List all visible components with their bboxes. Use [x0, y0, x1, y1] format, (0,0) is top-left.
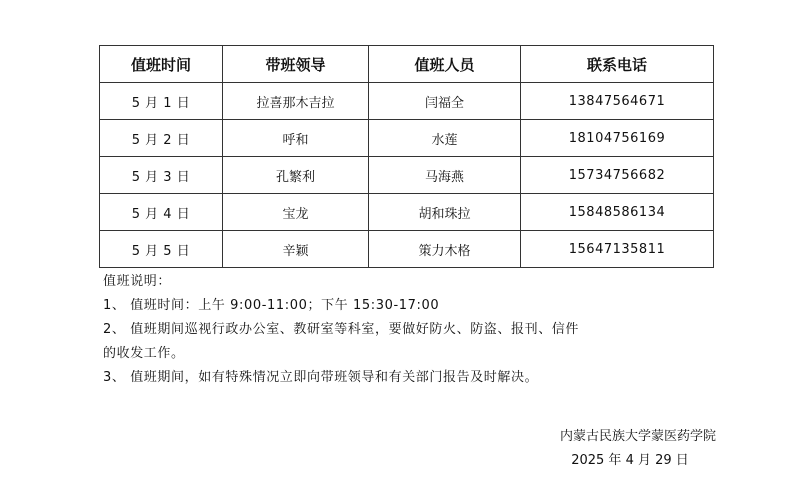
notes-title: 值班说明：	[103, 270, 723, 294]
note-item: 2、 值班期间巡视行政办公室、教研室等科室，要做好防火、防盗、报刊、信件	[103, 318, 723, 342]
header-duty-time: 值班时间	[100, 46, 223, 83]
cell-phone: 18104756169	[521, 120, 714, 157]
cell-phone: 13847564671	[521, 83, 714, 120]
cell-leader: 孔繁利	[223, 157, 369, 194]
signature-org: 内蒙古民族大学蒙医药学院	[500, 425, 720, 449]
cell-staff: 胡和珠拉	[369, 194, 521, 231]
note-item: 1、 值班时间：上午 9:00-11:00；下午 15:30-17:00	[103, 294, 723, 318]
cell-date: 5 月 2 日	[100, 120, 223, 157]
cell-date: 5 月 5 日	[100, 231, 223, 268]
cell-date: 5 月 1 日	[100, 83, 223, 120]
table-row: 5 月 2 日 呼和 水莲 18104756169	[100, 120, 714, 157]
header-leader: 带班领导	[223, 46, 369, 83]
cell-leader: 辛颖	[223, 231, 369, 268]
cell-staff: 马海燕	[369, 157, 521, 194]
signature-date: 2025 年 4 月 29 日	[500, 449, 720, 473]
signature-block: 内蒙古民族大学蒙医药学院 2025 年 4 月 29 日	[500, 425, 720, 473]
note-item-continued: 的收发工作。	[103, 342, 723, 366]
duty-schedule-table: 值班时间 带班领导 值班人员 联系电话 5 月 1 日 拉喜那木吉拉 闫福全 1…	[99, 45, 714, 268]
cell-leader: 拉喜那木吉拉	[223, 83, 369, 120]
table-header-row: 值班时间 带班领导 值班人员 联系电话	[100, 46, 714, 83]
table-row: 5 月 3 日 孔繁利 马海燕 15734756682	[100, 157, 714, 194]
table-row: 5 月 4 日 宝龙 胡和珠拉 15848586134	[100, 194, 714, 231]
cell-date: 5 月 4 日	[100, 194, 223, 231]
cell-phone: 15647135811	[521, 231, 714, 268]
cell-staff: 水莲	[369, 120, 521, 157]
cell-leader: 宝龙	[223, 194, 369, 231]
duty-notes: 值班说明： 1、 值班时间：上午 9:00-11:00；下午 15:30-17:…	[103, 270, 723, 390]
header-phone: 联系电话	[521, 46, 714, 83]
cell-leader: 呼和	[223, 120, 369, 157]
cell-staff: 闫福全	[369, 83, 521, 120]
cell-staff: 策力木格	[369, 231, 521, 268]
cell-date: 5 月 3 日	[100, 157, 223, 194]
table-row: 5 月 1 日 拉喜那木吉拉 闫福全 13847564671	[100, 83, 714, 120]
table-row: 5 月 5 日 辛颖 策力木格 15647135811	[100, 231, 714, 268]
cell-phone: 15848586134	[521, 194, 714, 231]
cell-phone: 15734756682	[521, 157, 714, 194]
header-staff: 值班人员	[369, 46, 521, 83]
note-item: 3、 值班期间，如有特殊情况立即向带班领导和有关部门报告及时解决。	[103, 366, 723, 390]
